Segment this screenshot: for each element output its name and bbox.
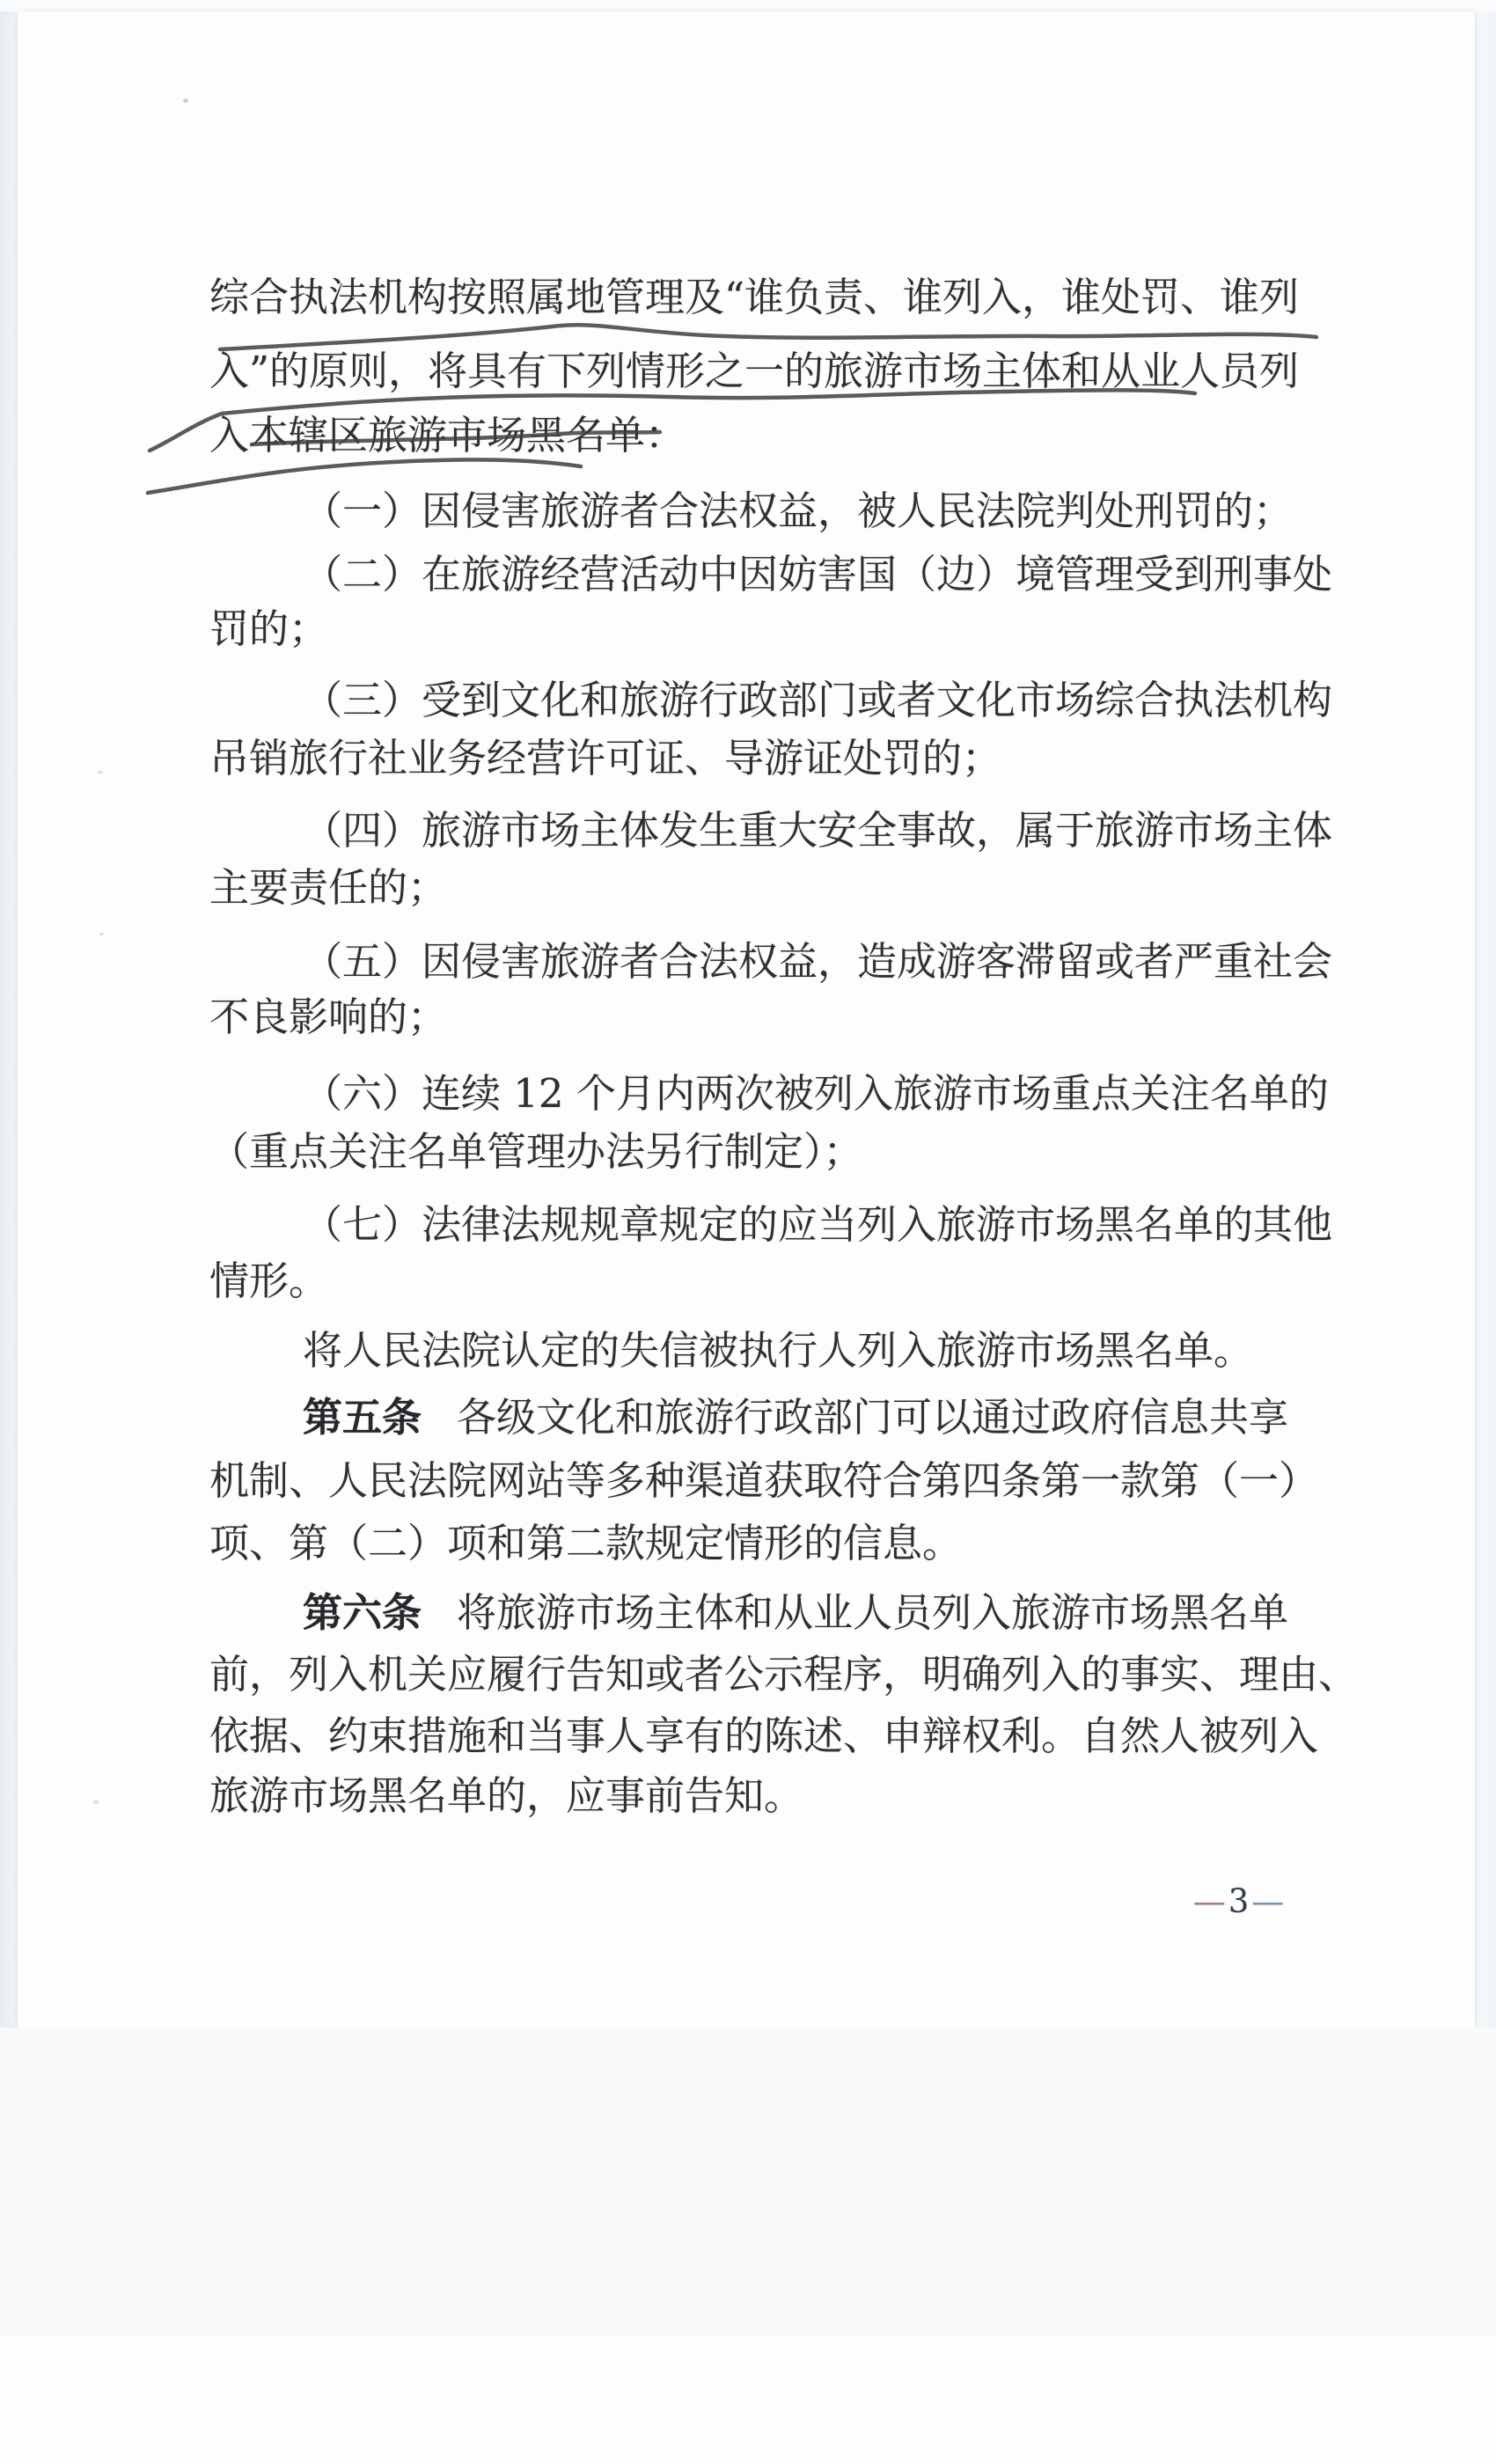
text-line: （重点关注名单管理办法另行制定）； [209, 1130, 863, 1174]
text-line: 入”的原则，将具有下列情形之一的旅游市场主体和从业人员列 [209, 349, 1299, 393]
text-line: 前，列入机关应履行告知或者公示程序，明确列入的事实、理由、 [209, 1653, 1358, 1697]
scan-speck [93, 1800, 99, 1804]
text-line: 机制、人民法院网站等多种渠道获取符合第四条第一款第（一） [209, 1459, 1318, 1503]
text-line: 旅游市场黑名单的，应事前告知。 [209, 1774, 803, 1818]
text-line: 依据、约束措施和当事人享有的陈述、申辩权利。自然人被列入 [209, 1714, 1318, 1758]
text-line: 第五条各级文化和旅游行政部门可以通过政府信息共享 [303, 1396, 1288, 1440]
text-line: （六）连续 12 个月内两次被列入旅游市场重点关注名单的 [303, 1072, 1329, 1116]
scanned-document-viewer: 综合执法机构按照属地管理及“谁负责、谁列入，谁处罚、谁列入”的原则，将具有下列情… [0, 0, 1496, 2464]
article-text: 各级文化和旅游行政部门可以通过政府信息共享 [457, 1394, 1288, 1441]
scan-speck [183, 99, 188, 103]
text-line: （一）因侵害旅游者合法权益，被人民法院判处刑罚的； [303, 489, 1293, 533]
article-text: 将旅游市场主体和从业人员列入旅游市场黑名单 [457, 1589, 1288, 1636]
scan-speck [98, 771, 103, 774]
text-line: 项、第（二）项和第二款规定情形的信息。 [209, 1522, 962, 1566]
text-line: 综合执法机构按照属地管理及“谁负责、谁列入，谁处罚、谁列 [209, 275, 1299, 319]
text-line: （七）法律法规规章规定的应当列入旅游市场黑名单的其他 [303, 1203, 1332, 1247]
text-line: 吊销旅行社业务经营许可证、导游证处罚的； [209, 737, 1001, 781]
scan-speck [99, 933, 104, 935]
text-line: 主要责任的； [209, 866, 447, 910]
article-number: 第五条 [303, 1394, 422, 1441]
text-line: 情形。 [209, 1259, 328, 1303]
text-line: （五）因侵害旅游者合法权益，造成游客滞留或者严重社会 [303, 940, 1332, 984]
text-line: （二）在旅游经营活动中因妨害国（边）境管理受到刑事处 [303, 553, 1332, 597]
text-line: 罚的； [209, 607, 328, 651]
page-number-dash-left: — [1193, 1882, 1227, 1920]
text-line: （三）受到文化和旅游行政部门或者文化市场综合执法机构 [303, 678, 1332, 722]
text-line: 不良影响的； [209, 995, 447, 1039]
text-line: 将人民法院认定的失信被执行人列入旅游市场黑名单。 [303, 1329, 1253, 1373]
text-line: 入本辖区旅游市场黑名单： [209, 414, 685, 458]
text-line: （四）旅游市场主体发生重大安全事故，属于旅游市场主体 [303, 809, 1332, 853]
page-number-dash-right: — [1251, 1882, 1285, 1920]
article-number: 第六条 [303, 1589, 422, 1636]
document-text-layer: 综合执法机构按照属地管理及“谁负责、谁列入，谁处罚、谁列入”的原则，将具有下列情… [0, 0, 1496, 2464]
page-number: — 3 — [1177, 1878, 1301, 1924]
page-number-value: 3 [1227, 1882, 1252, 1920]
text-line: 第六条将旅游市场主体和从业人员列入旅游市场黑名单 [303, 1591, 1288, 1635]
